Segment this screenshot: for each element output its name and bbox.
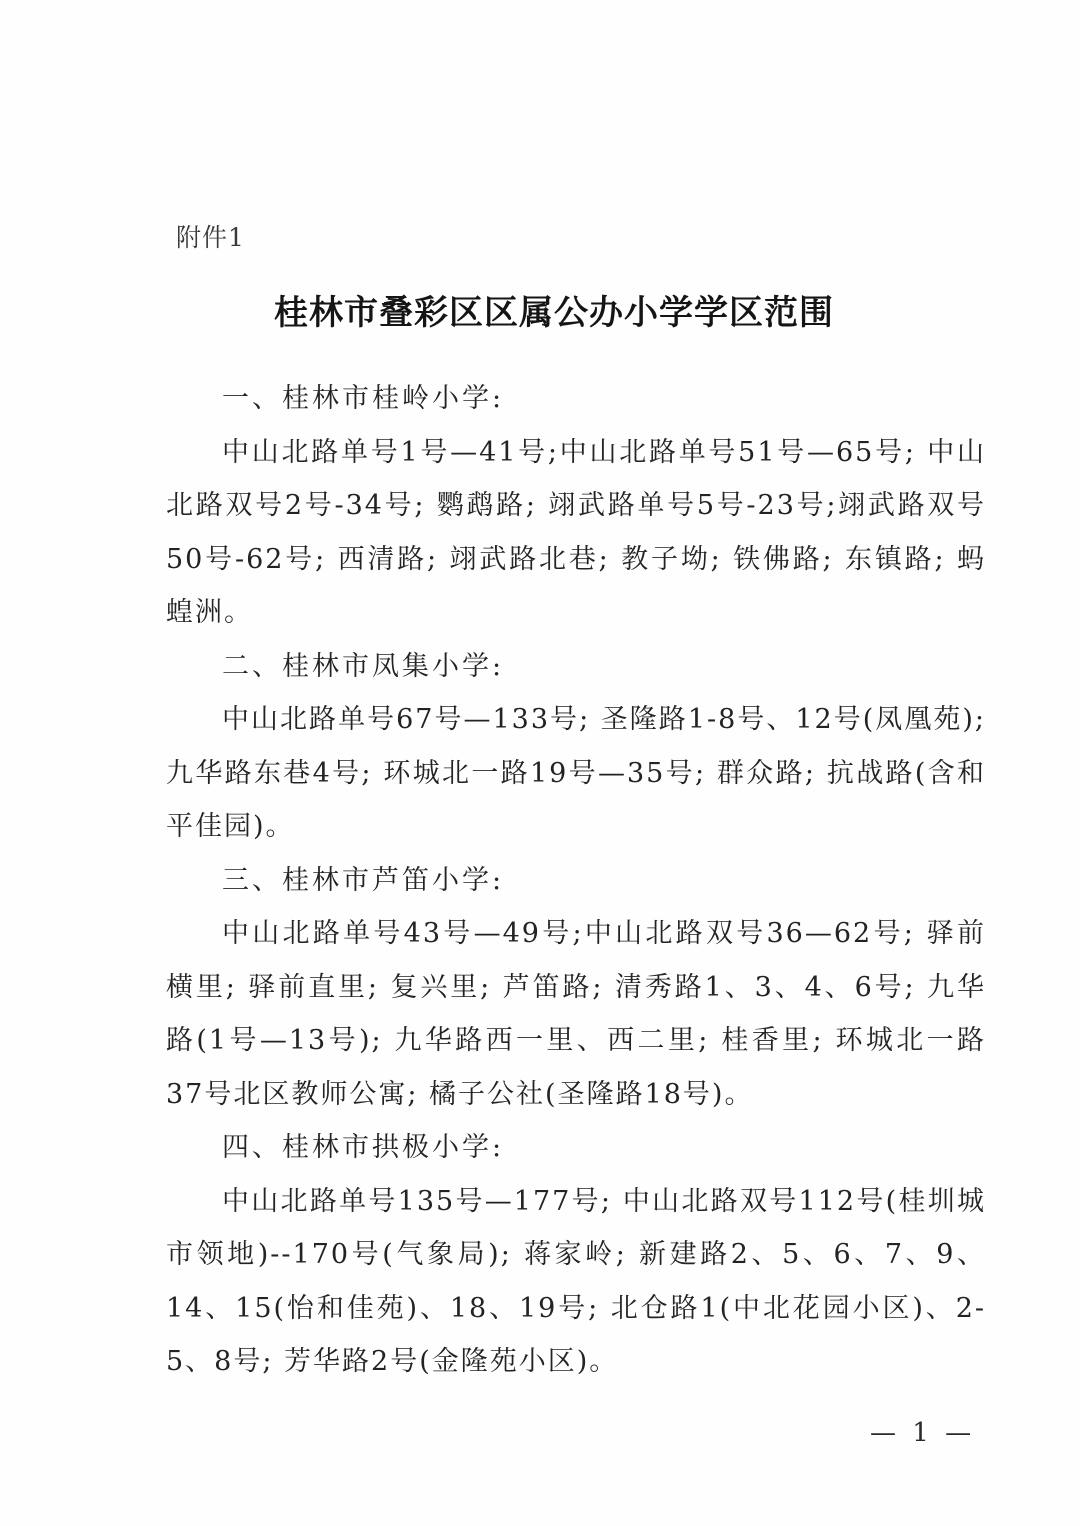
section-heading: 三、桂林市芦笛小学:: [166, 854, 986, 908]
section-body: 中山北路单号135号—177号; 中山北路双号112号(桂圳城市领地)--170…: [166, 1175, 986, 1389]
section-guiling-school: 一、桂林市桂岭小学: 中山北路单号1号—41号;中山北路单号51号—65号; 中…: [166, 372, 986, 640]
page-number: — 1 —: [870, 1418, 975, 1448]
attachment-label: 附件1: [176, 218, 245, 254]
section-gongji-school: 四、桂林市拱极小学: 中山北路单号135号—177号; 中山北路双号112号(桂…: [166, 1121, 986, 1389]
document-page: 附件1 桂林市叠彩区区属公办小学学区范围 一、桂林市桂岭小学: 中山北路单号1号…: [0, 0, 1080, 1526]
document-title: 桂林市叠彩区区属公办小学学区范围: [0, 285, 1080, 334]
document-content: 一、桂林市桂岭小学: 中山北路单号1号—41号;中山北路单号51号—65号; 中…: [166, 372, 986, 1389]
section-body: 中山北路单号67号—133号; 圣隆路1-8号、12号(凤凰苑); 九华路东巷4…: [166, 693, 986, 854]
section-fengji-school: 二、桂林市凤集小学: 中山北路单号67号—133号; 圣隆路1-8号、12号(凤…: [166, 640, 986, 854]
section-body: 中山北路单号43号—49号;中山北路双号36—62号; 驿前横里; 驿前直里; …: [166, 907, 986, 1121]
section-heading: 一、桂林市桂岭小学:: [166, 372, 986, 426]
section-heading: 二、桂林市凤集小学:: [166, 640, 986, 694]
section-heading: 四、桂林市拱极小学:: [166, 1121, 986, 1175]
section-ludi-school: 三、桂林市芦笛小学: 中山北路单号43号—49号;中山北路双号36—62号; 驿…: [166, 854, 986, 1122]
section-body: 中山北路单号1号—41号;中山北路单号51号—65号; 中山北路双号2号-34号…: [166, 426, 986, 640]
